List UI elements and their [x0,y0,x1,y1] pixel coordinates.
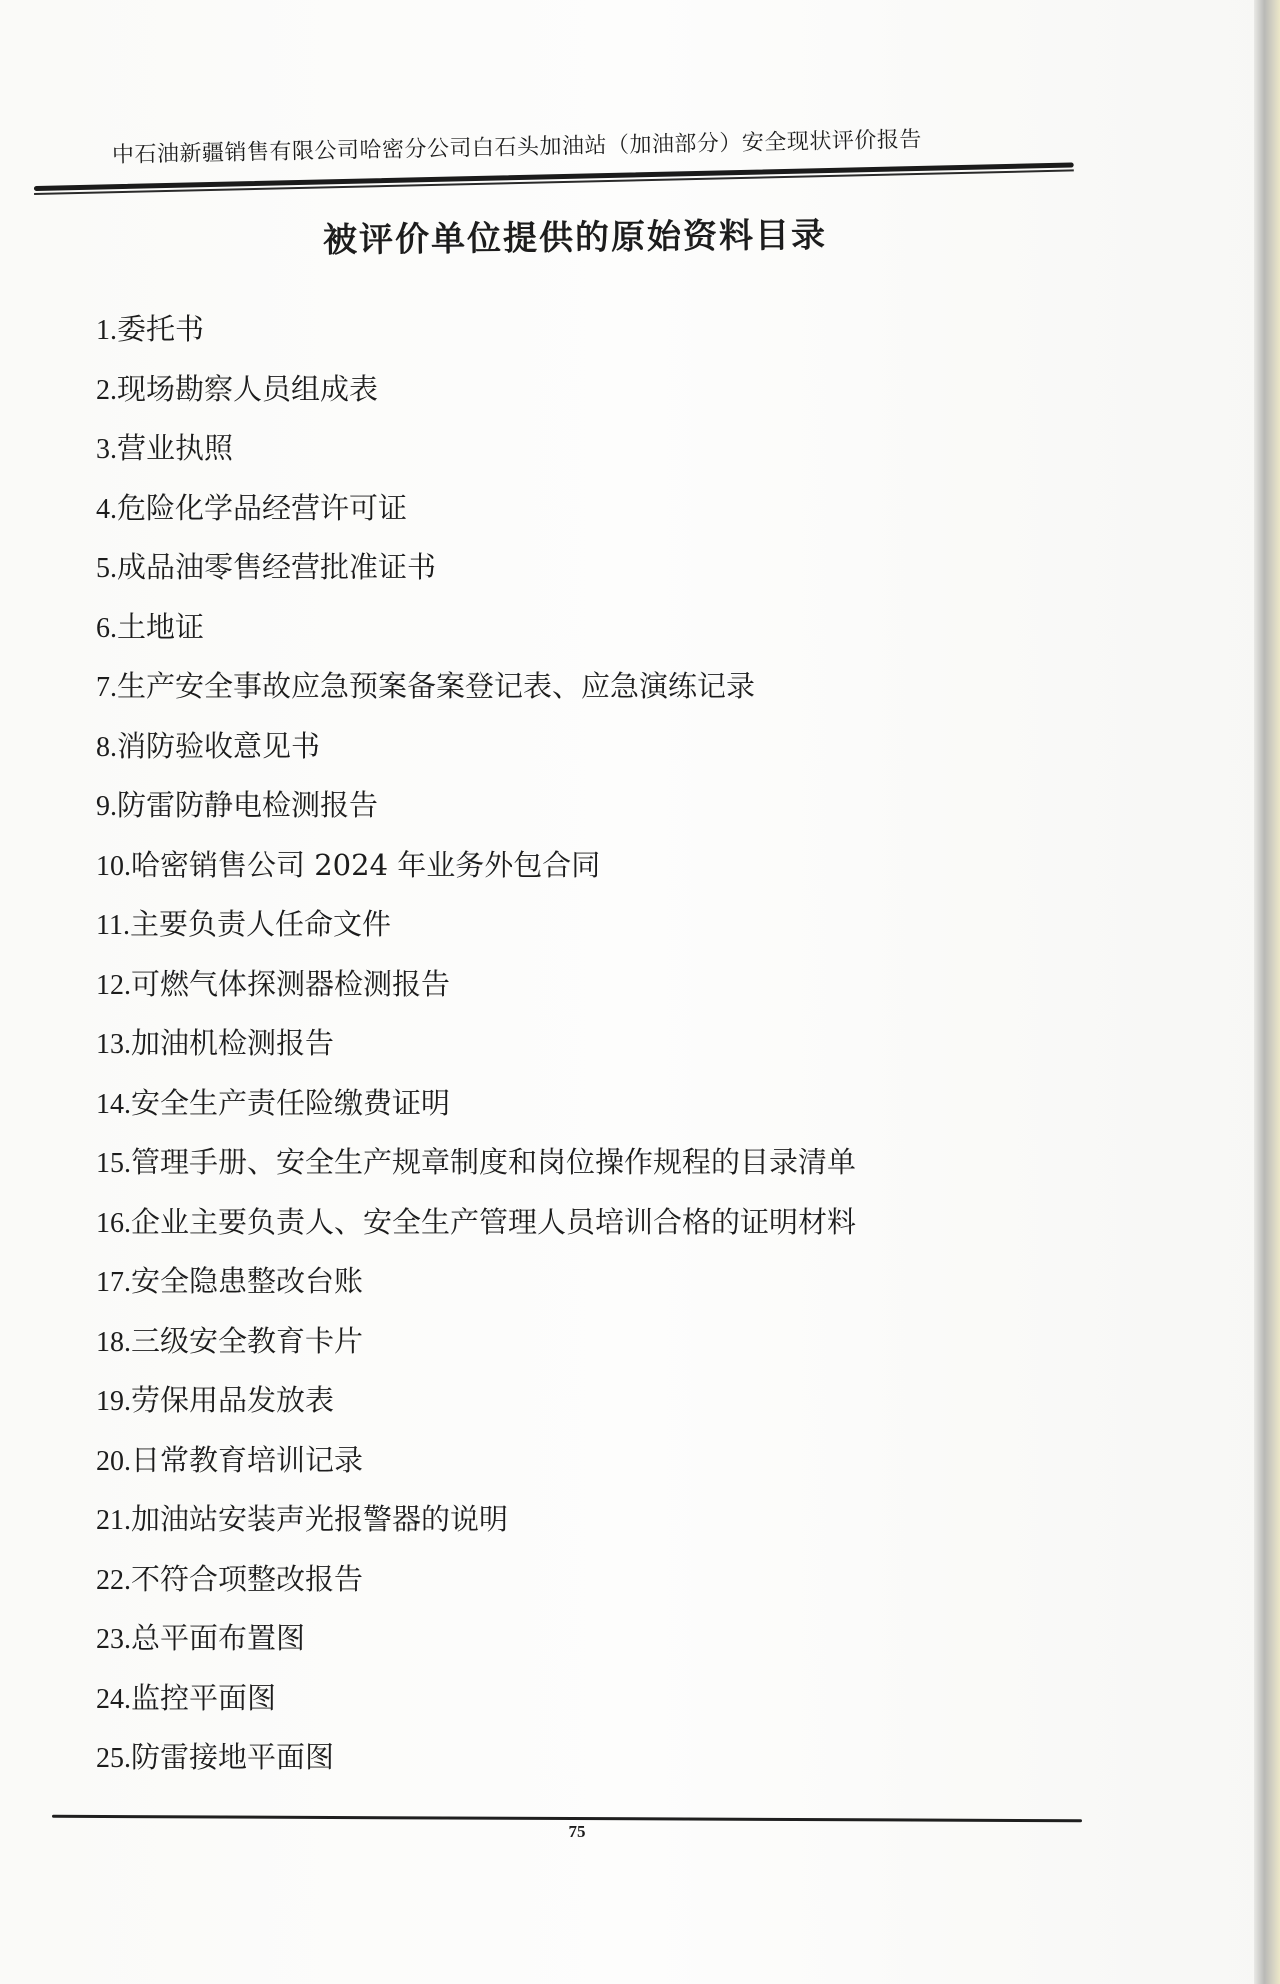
page-title: 被评价单位提供的原始资料目录 [0,204,1150,265]
item-number: 7. [96,672,117,703]
list-item: 21.加油站安装声光报警器的说明 [96,1490,856,1550]
list-item: 7.生产安全事故应急预案备案登记表、应急演练记录 [96,657,856,717]
list-item: 12.可燃气体探测器检测报告 [96,955,856,1015]
list-item: 14.安全生产责任险缴费证明 [96,1074,856,1134]
item-number: 4. [96,494,117,525]
item-number: 11. [96,910,130,941]
list-item: 24.监控平面图 [96,1669,856,1729]
list-item: 15.管理手册、安全生产规章制度和岗位操作规程的目录清单 [96,1133,856,1193]
item-number: 10. [96,851,131,882]
item-number: 1. [96,315,117,346]
list-item: 10.哈密销售公司 2024 年业务外包合同 [96,836,856,896]
item-text: 生产安全事故应急预案备案登记表、应急演练记录 [117,669,755,703]
item-number: 9. [96,791,117,822]
item-number: 15. [96,1148,131,1179]
list-item: 1.委托书 [96,300,856,360]
list-item: 20.日常教育培训记录 [96,1431,856,1491]
item-number: 17. [96,1267,131,1298]
item-text: 日常教育培训记录 [131,1443,363,1477]
list-item: 5.成品油零售经营批准证书 [96,538,856,598]
item-number: 2. [96,375,117,406]
item-number: 19. [96,1386,131,1417]
item-number: 18. [96,1327,131,1358]
item-text: 加油站安装声光报警器的说明 [131,1502,508,1536]
item-text: 消防验收意见书 [117,729,320,763]
item-text: 危险化学品经营许可证 [117,491,407,525]
item-text: 成品油零售经营批准证书 [117,550,436,584]
item-text: 土地证 [117,610,204,644]
list-item: 17.安全隐患整改台账 [96,1252,856,1312]
item-number: 8. [96,732,117,763]
item-number: 23. [96,1624,131,1655]
item-text: 总平面布置图 [131,1621,305,1655]
item-text: 防雷接地平面图 [131,1740,334,1774]
item-text: 委托书 [117,312,204,346]
list-item: 22.不符合项整改报告 [96,1550,856,1610]
item-number: 14. [96,1089,131,1120]
item-number: 22. [96,1565,131,1596]
item-text: 管理手册、安全生产规章制度和岗位操作规程的目录清单 [131,1145,856,1179]
item-number: 21. [96,1505,131,1536]
list-item: 25.防雷接地平面图 [96,1728,856,1788]
list-item: 6.土地证 [96,598,856,658]
item-text: 企业主要负责人、安全生产管理人员培训合格的证明材料 [131,1205,856,1239]
item-number: 16. [96,1208,131,1239]
item-number: 5. [96,553,117,584]
list-item: 3.营业执照 [96,419,856,479]
item-text: 主要负责人任命文件 [130,907,391,941]
list-item: 8.消防验收意见书 [96,717,856,777]
page-number: 75 [562,1822,592,1842]
list-item: 11.主要负责人任命文件 [96,895,856,955]
item-text: 安全隐患整改台账 [131,1264,363,1298]
item-text: 三级安全教育卡片 [131,1324,363,1358]
item-text: 不符合项整改报告 [131,1562,363,1596]
item-number: 24. [96,1684,131,1715]
item-number: 6. [96,613,117,644]
materials-list: 1.委托书 2.现场勘察人员组成表 3.营业执照 4.危险化学品经营许可证 5.… [96,300,856,1788]
document-page: 中石油新疆销售有限公司哈密分公司白石头加油站（加油部分）安全现状评价报告 被评价… [0,0,1280,1984]
item-text: 现场勘察人员组成表 [117,372,378,406]
list-item: 18.三级安全教育卡片 [96,1312,856,1372]
item-text: 安全生产责任险缴费证明 [131,1086,450,1120]
list-item: 19.劳保用品发放表 [96,1371,856,1431]
item-text: 监控平面图 [131,1681,276,1715]
page-edge-shadow [1254,0,1280,1984]
item-text: 哈密销售公司 2024 年业务外包合同 [131,848,600,882]
list-item: 13.加油机检测报告 [96,1014,856,1074]
item-text: 加油机检测报告 [131,1026,334,1060]
item-text: 防雷防静电检测报告 [117,788,378,822]
list-item: 2.现场勘察人员组成表 [96,360,856,420]
list-item: 4.危险化学品经营许可证 [96,479,856,539]
item-number: 12. [96,970,131,1001]
list-item: 23.总平面布置图 [96,1609,856,1669]
item-number: 3. [96,434,117,465]
item-text: 营业执照 [117,431,233,465]
list-item: 9.防雷防静电检测报告 [96,776,856,836]
running-header: 中石油新疆销售有限公司哈密分公司白石头加油站（加油部分）安全现状评价报告 [112,121,1012,169]
item-number: 13. [96,1029,131,1060]
item-text: 劳保用品发放表 [131,1383,334,1417]
item-number: 20. [96,1446,131,1477]
item-text: 可燃气体探测器检测报告 [131,967,450,1001]
item-number: 25. [96,1743,131,1774]
list-item: 16.企业主要负责人、安全生产管理人员培训合格的证明材料 [96,1193,856,1253]
